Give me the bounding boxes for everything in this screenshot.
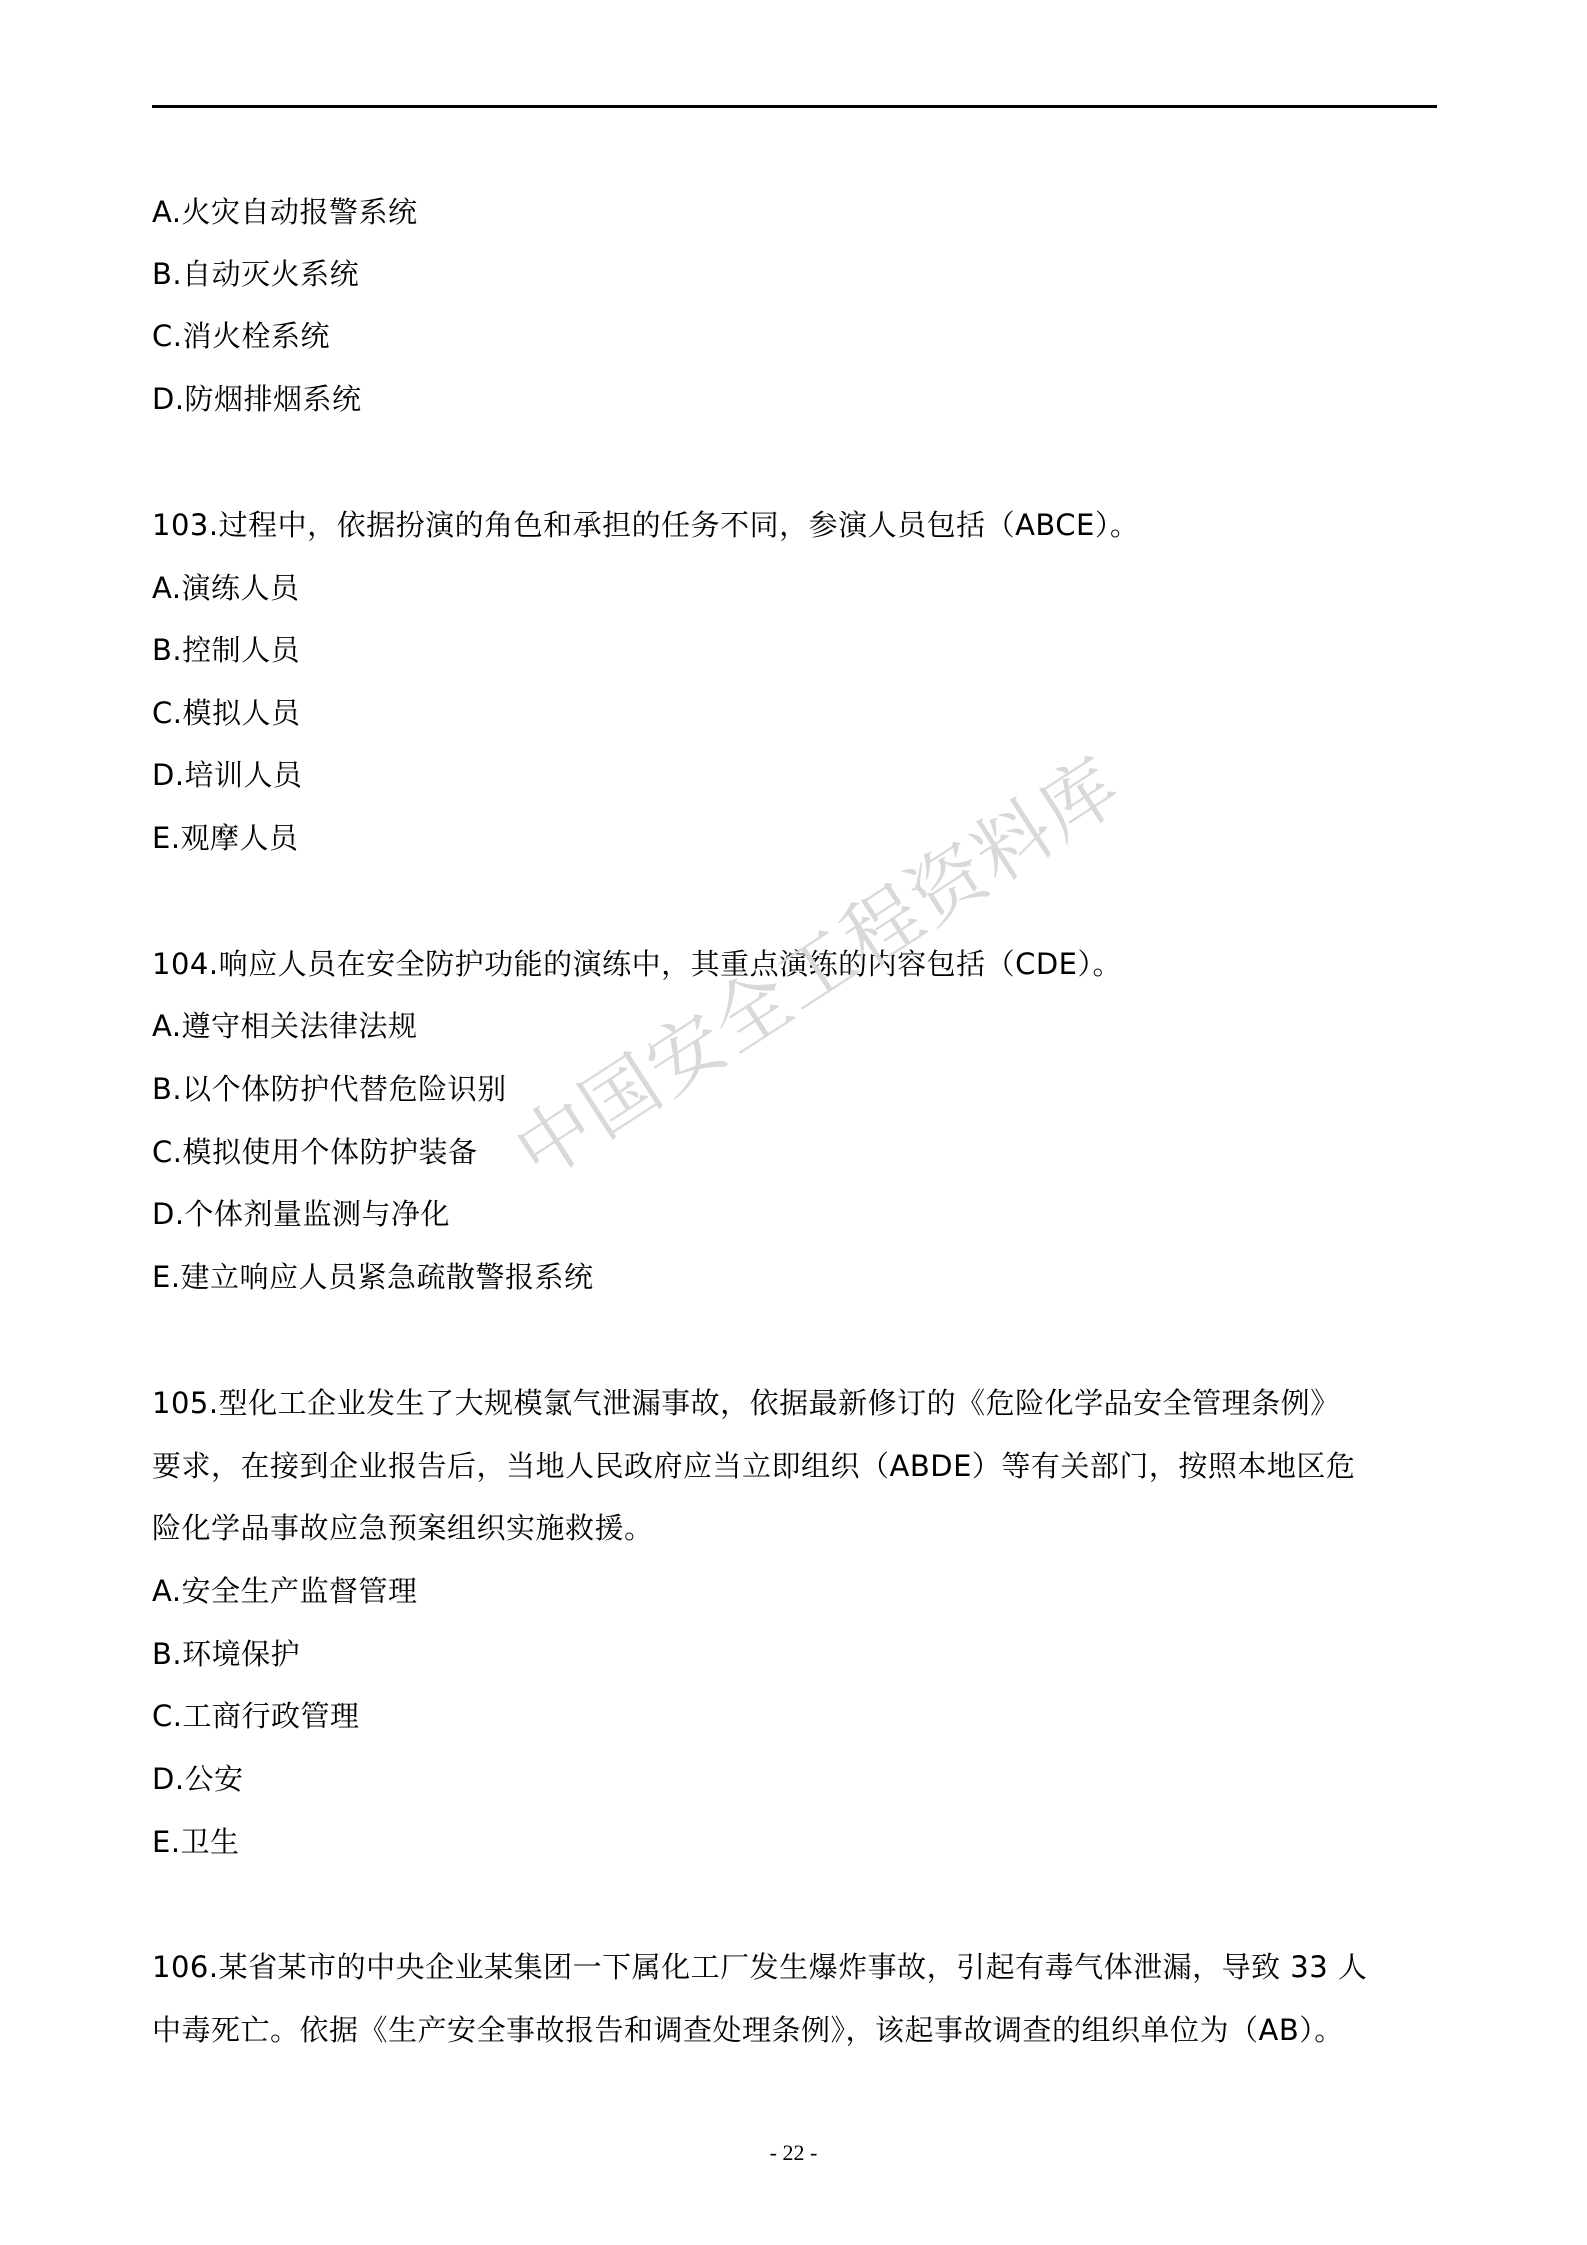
option-b: B.环境保护	[152, 1634, 1442, 1674]
question-stem: 103.过程中，依据扮演的角色和承担的任务不同，参演人员包括（ABCE）。	[152, 505, 1442, 545]
option-a: A.演练人员	[152, 568, 1442, 608]
question-stem-line-3: 险化学品事故应急预案组织实施救援。	[152, 1508, 1442, 1548]
option-e: E.卫生	[152, 1822, 1442, 1862]
option-c: C.模拟人员	[152, 693, 1442, 733]
question-stem-line-1: 106.某省某市的中央企业某集团一下属化工厂发生爆炸事故，引起有毒气体泄漏，导致…	[152, 1947, 1442, 1987]
question-stem-line-2: 要求，在接到企业报告后，当地人民政府应当立即组织（ABDE）等有关部门，按照本地…	[152, 1446, 1442, 1486]
option-a: A.火灾自动报警系统	[152, 192, 1442, 232]
option-c: C.工商行政管理	[152, 1696, 1442, 1736]
option-b: B.以个体防护代替危险识别	[152, 1069, 1442, 1109]
option-b: B.控制人员	[152, 630, 1442, 670]
question-stem: 104.响应人员在安全防护功能的演练中，其重点演练的内容包括（CDE）。	[152, 944, 1442, 984]
option-a: A.遵守相关法律法规	[152, 1006, 1442, 1046]
option-d: D.培训人员	[152, 755, 1442, 795]
page-number: - 22 -	[0, 2140, 1587, 2166]
header-rule	[152, 105, 1437, 108]
option-c: C.消火栓系统	[152, 316, 1442, 356]
question-stem-line-2: 中毒死亡。依据《生产安全事故报告和调查处理条例》，该起事故调查的组织单位为（AB…	[152, 2010, 1442, 2050]
option-e: E.建立响应人员紧急疏散警报系统	[152, 1257, 1442, 1297]
option-c: C.模拟使用个体防护装备	[152, 1132, 1442, 1172]
option-d: D.个体剂量监测与净化	[152, 1194, 1442, 1234]
question-stem-line-1: 105.型化工企业发生了大规模氯气泄漏事故，依据最新修订的《危险化学品安全管理条…	[152, 1383, 1442, 1423]
option-d: D.公安	[152, 1759, 1442, 1799]
option-e: E.观摩人员	[152, 818, 1442, 858]
option-d: D.防烟排烟系统	[152, 379, 1442, 419]
option-a: A.安全生产监督管理	[152, 1571, 1442, 1611]
option-b: B.自动灭火系统	[152, 254, 1442, 294]
